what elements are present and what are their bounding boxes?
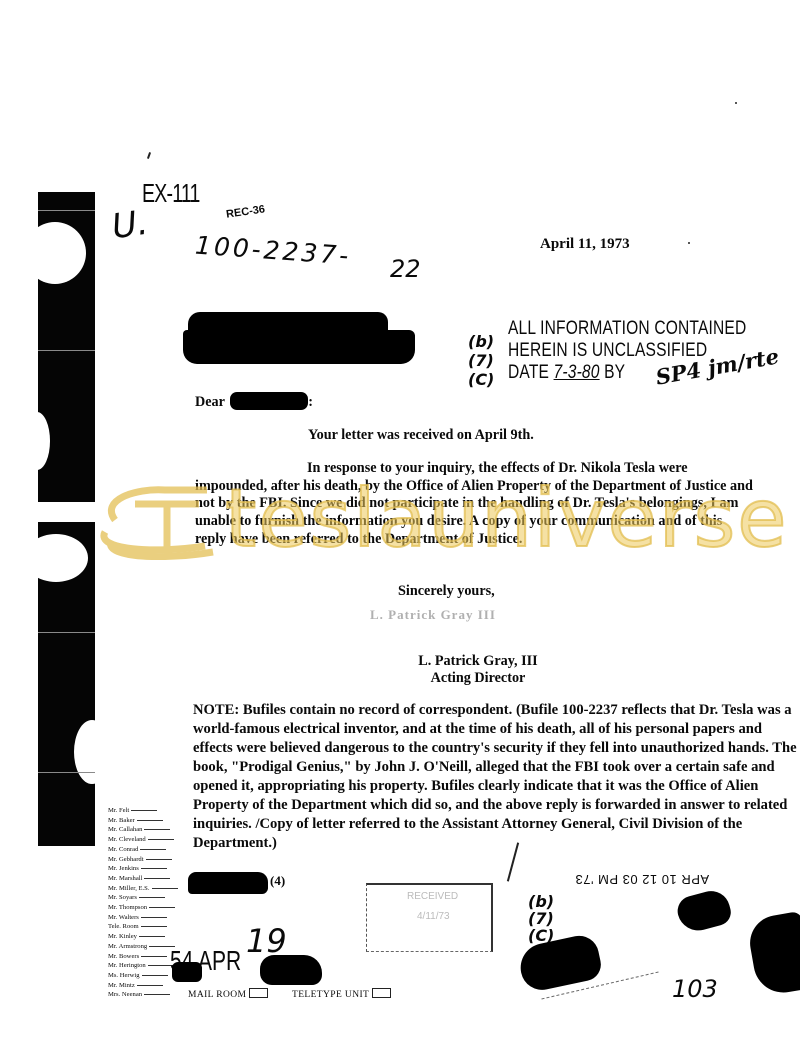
declass-date-value: 7-3-80 <box>554 362 600 383</box>
routing-blank <box>131 810 157 811</box>
routing-blank <box>146 859 172 860</box>
routing-entry: Mr. Herington <box>108 961 178 971</box>
routing-blank <box>139 936 165 937</box>
received-box-line: RECEIVED <box>407 891 458 902</box>
punch-hole <box>24 222 86 284</box>
routing-blank <box>148 839 174 840</box>
routing-name: Mr. Walters <box>108 914 139 921</box>
routing-entry: Mr. Cleveland <box>108 835 178 845</box>
signature-block: L. Patrick Gray, III Acting Director <box>398 653 558 687</box>
routing-name: Mr. Conrad <box>108 846 138 853</box>
routing-entry: Mr. Kinley <box>108 932 178 942</box>
handwritten-file-number: 100-2237- <box>194 231 352 271</box>
routing-name: Mr. Soyars <box>108 894 137 901</box>
redaction-apr <box>172 962 202 982</box>
routing-name: Ms. Herwig <box>108 972 140 979</box>
routing-name: Tele. Room <box>108 923 139 930</box>
routing-entry: Mr. Callahan <box>108 825 178 835</box>
enclosure-count: (4) <box>270 873 285 889</box>
redaction-lower <box>746 911 800 998</box>
closing: Sincerely yours, <box>398 583 495 600</box>
scan-speck <box>688 242 690 244</box>
teletype-checkbox[interactable] <box>372 988 391 998</box>
body-paragraph: In response to your inquiry, the effects… <box>195 460 755 549</box>
punch-hole <box>24 534 88 582</box>
routing-name: Mr. Kinley <box>108 933 137 940</box>
scan-speck <box>735 102 737 104</box>
routing-entry: Mrs. Neenan <box>108 990 178 1000</box>
redaction-address <box>183 330 415 364</box>
routing-name: Mr. Gebhardt <box>108 856 144 863</box>
received-time-stamp: APR 10 12 03 PM '73 <box>575 872 709 887</box>
routing-entry: Mr. Bowers <box>108 952 178 962</box>
teletype-box: TELETYPE UNIT <box>292 988 391 1000</box>
punch-hole <box>74 720 110 784</box>
routing-blank <box>141 868 167 869</box>
routing-blank <box>149 907 175 908</box>
routing-name: Mr. Callahan <box>108 826 142 833</box>
routing-name: Mr. Miller, E.S. <box>108 885 150 892</box>
routing-entry: Mr. Armstrong <box>108 942 178 952</box>
received-box-line: 4/11/73 <box>417 911 450 922</box>
routing-blank <box>141 926 167 927</box>
rec-stamp: REC-36 <box>225 203 265 220</box>
routing-entry: Mr. Baker <box>108 816 178 826</box>
scan-speck <box>147 152 151 159</box>
routing-name: Mrs. Neenan <box>108 991 142 998</box>
routing-entry: Mr. Mintz <box>108 981 178 991</box>
scan-line <box>38 350 95 351</box>
redaction-enclosure <box>188 872 268 894</box>
faint-signature: L. Patrick Gray III <box>370 607 496 623</box>
salutation-colon: : <box>308 394 313 410</box>
routing-entry: Mr. Gebhardt <box>108 855 178 865</box>
code: (b) <box>468 332 494 351</box>
routing-name: Mr. Armstrong <box>108 943 147 950</box>
punch-hole <box>24 412 50 470</box>
routing-entry: Mr. Miller, E.S. <box>108 884 178 894</box>
received-stamp-box: RECEIVED 4/11/73 <box>366 883 493 952</box>
routing-blank <box>142 975 168 976</box>
opening-paragraph: Your letter was received on April 9th. <box>308 427 534 444</box>
redaction-apr <box>260 955 322 985</box>
routing-entry: Mr. Conrad <box>108 845 178 855</box>
routing-name: Mr. Bowers <box>108 953 139 960</box>
routing-name: Mr. Marshall <box>108 875 142 882</box>
routing-blank <box>137 985 163 986</box>
redaction-lower <box>674 887 734 935</box>
routing-entry: Mr. Marshall <box>108 874 178 884</box>
handwritten-serial: 22 <box>390 255 421 283</box>
scan-line <box>38 632 95 633</box>
page-number: 103 <box>672 975 718 1003</box>
routing-name: Mr. Cleveland <box>108 836 146 843</box>
declass-date-label: DATE <box>508 362 549 383</box>
mail-room-label: MAIL ROOM <box>188 990 246 1000</box>
routing-list: Mr. FeltMr. BakerMr. CallahanMr. Clevela… <box>108 806 178 1000</box>
signer-title: Acting Director <box>398 670 558 687</box>
letter-date: April 11, 1973 <box>540 236 630 253</box>
routing-blank <box>144 994 170 995</box>
lower-exemption-codes: (b) (7) (C) <box>528 893 554 944</box>
routing-blank <box>144 829 170 830</box>
routing-entry: Mr. Felt <box>108 806 178 816</box>
routing-blank <box>152 888 178 889</box>
signer-name: L. Patrick Gray, III <box>398 653 558 670</box>
routing-blank <box>140 849 166 850</box>
salutation-word: Dear <box>195 394 225 410</box>
routing-name: Mr. Herington <box>108 962 146 969</box>
internal-note: NOTE: Bufiles contain no record of corre… <box>193 701 798 853</box>
routing-blank <box>137 820 163 821</box>
declass-by-label: BY <box>604 362 625 383</box>
mail-room-box: MAIL ROOM <box>188 988 268 1000</box>
ex-stamp: EX-111 <box>142 178 200 209</box>
code: (7) <box>468 351 494 370</box>
code: (C) <box>468 370 494 389</box>
routing-entry: Mr. Thompson <box>108 903 178 913</box>
routing-entry: Ms. Herwig <box>108 971 178 981</box>
scan-line <box>38 772 95 773</box>
routing-name: Mr. Thompson <box>108 904 147 911</box>
routing-blank <box>144 878 170 879</box>
routing-entry: Tele. Room <box>108 922 178 932</box>
declass-exemption-codes: (b) (7) (C) <box>468 332 494 389</box>
scan-line <box>38 210 95 211</box>
redaction-name <box>230 392 308 410</box>
code: (7) <box>528 910 554 927</box>
routing-name: Mr. Felt <box>108 807 129 814</box>
salutation: Dear : <box>195 392 313 411</box>
routing-blank <box>139 897 165 898</box>
teletype-label: TELETYPE UNIT <box>292 990 369 1000</box>
handwritten-initials: U. <box>109 203 150 248</box>
routing-name: Mr. Baker <box>108 817 135 824</box>
routing-entry: Mr. Soyars <box>108 893 178 903</box>
mail-room-checkbox[interactable] <box>249 988 268 998</box>
routing-entry: Mr. Jenkins <box>108 864 178 874</box>
routing-entry: Mr. Walters <box>108 913 178 923</box>
routing-name: Mr. Mintz <box>108 982 135 989</box>
code: (b) <box>528 893 554 910</box>
routing-name: Mr. Jenkins <box>108 865 139 872</box>
declass-line-1: ALL INFORMATION CONTAINED <box>508 318 746 340</box>
routing-blank <box>141 917 167 918</box>
routing-blank <box>141 956 167 957</box>
